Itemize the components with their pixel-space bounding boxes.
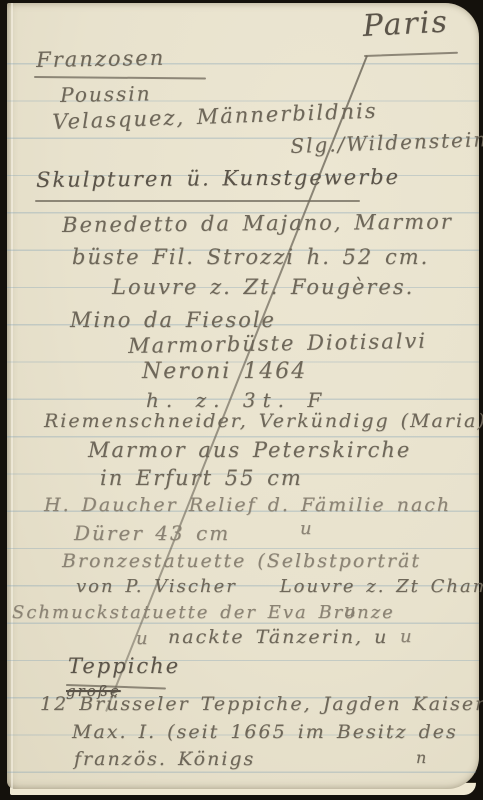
note-line-daucher: H. Daucher Relief d. Fämilie nach	[44, 496, 451, 515]
note-line-mino: Mino da Fiesole	[70, 310, 276, 331]
note-line-benedetto: Benedetto da Majano, Marmor	[62, 212, 453, 236]
ditto-mark: u	[136, 630, 150, 648]
note-line-taenzerin: nackte Tänzerin, u	[168, 628, 388, 647]
note-line-strozzi: büste Fil. Strozzi h. 52 cm.	[72, 247, 429, 268]
note-line-riemenschneider: Riemenschneider, Verkündigg (Maria)	[44, 412, 483, 431]
note-line-duerer: Dürer 43 cm	[74, 523, 230, 543]
note-line-vischer-chambord: von P. Vischer Louvre z. Zt Chambord	[76, 578, 483, 596]
note-line-max: Max. I. (seit 1665 im Besitz des	[72, 723, 458, 742]
note-line-bruesseler: 12 Brüsseler Teppiche, Jagden Kaiser	[40, 695, 483, 714]
margin-mark: n	[416, 750, 428, 766]
note-line-diotisalvi: Marmorbüste Diotisalvi	[128, 331, 427, 357]
ditto-mark: u	[400, 628, 414, 646]
section-heading-franzosen: Franzosen	[36, 48, 165, 71]
note-line-louvre-fougeres: Louvre z. Zt. Fougères.	[112, 277, 414, 298]
note-line-erfurt: in Erfurt 55 cm	[100, 468, 303, 489]
note-line-poussin: Poussin	[60, 83, 152, 105]
underline-stroke	[34, 76, 206, 80]
section-heading-skulpturen: Skulpturen ü. Kunstgewerbe	[36, 167, 400, 191]
underline-stroke	[35, 200, 360, 202]
ditto-mark: u	[344, 602, 358, 620]
notebook-photo: Paris Franzosen Poussin Velasquez, Männe…	[0, 0, 483, 800]
note-line-measure: h. z. 3t. F	[146, 390, 328, 410]
section-heading-teppiche: Teppiche	[68, 656, 180, 677]
ditto-mark: u	[300, 520, 314, 538]
page-title: Paris	[362, 7, 450, 41]
handwriting-layer: Paris Franzosen Poussin Velasquez, Männe…	[0, 0, 483, 800]
title-underline-stroke	[364, 52, 458, 57]
note-line-collection: Slg./Wildenstein	[290, 129, 483, 156]
note-line-neroni: Neroni 1464	[142, 361, 307, 383]
note-line-statuette-eva: Schmuckstatuette der Eva Bronze	[12, 604, 395, 622]
note-line-koenigs: französ. Königs	[74, 750, 255, 769]
note-line-bronzestatuette: Bronzestatuette (Selbstporträt	[62, 552, 421, 571]
note-line-marmor: Marmor aus Peterskirche	[88, 440, 411, 461]
